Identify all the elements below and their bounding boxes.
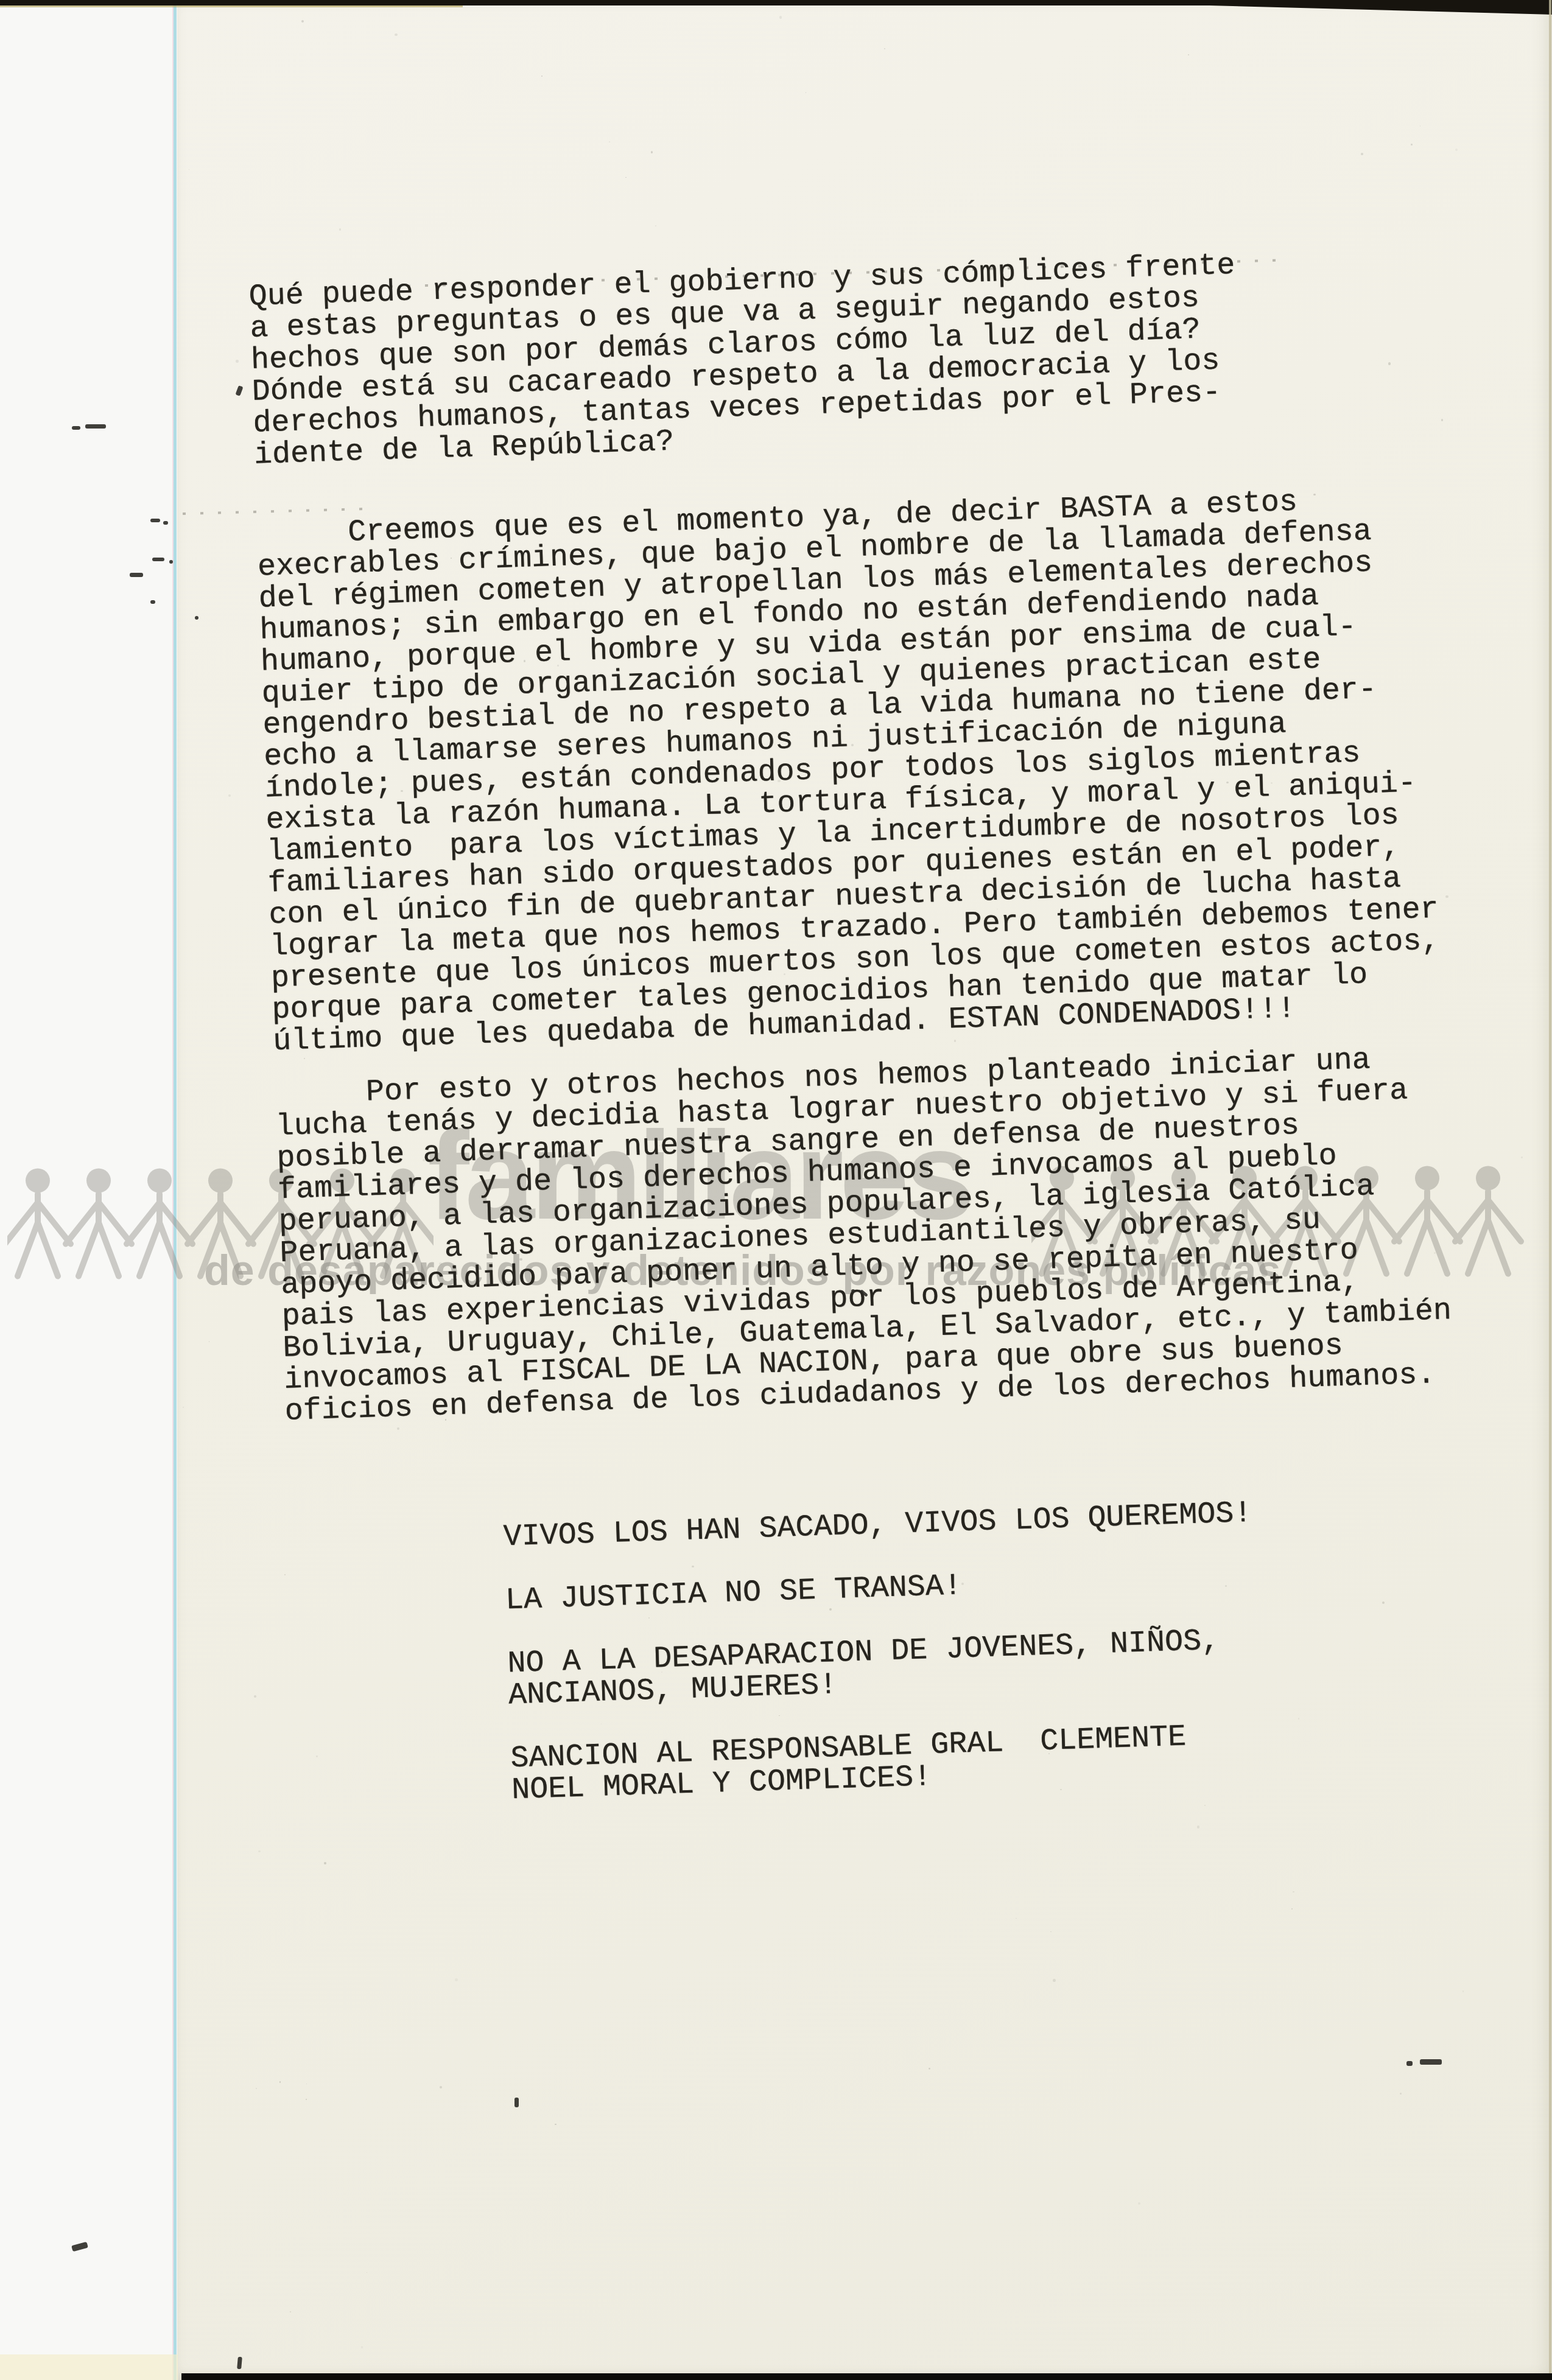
typewritten-text-block: Qué puede responder el gobierno y sus có… — [248, 242, 1525, 2107]
paragraph-condemnation: Creemos que es el momento ya, de decir B… — [256, 483, 1442, 1059]
slogans-block: VIVOS LOS HAN SACADO, VIVOS LOS QUEREMOS… — [503, 1498, 1261, 1807]
ink-speck — [130, 573, 143, 577]
ink-speck — [163, 521, 168, 525]
ink-speck — [169, 560, 173, 564]
ink-speck — [152, 558, 164, 561]
paragraph-call-to-action: Por esto y otros hechos nos hemos plante… — [274, 1042, 1454, 1428]
ink-speck — [1420, 2059, 1442, 2065]
scanned-page: familiares de desaparecidos y detenidos … — [0, 0, 1552, 2380]
ink-speck — [514, 2098, 519, 2107]
ink-speck — [150, 600, 155, 604]
ink-speck — [195, 616, 198, 620]
ink-speck — [851, 1289, 855, 1293]
paragraph-government-questions: Qué puede responder el gobierno y sus có… — [248, 250, 1240, 472]
ink-speck — [1406, 2061, 1413, 2066]
ink-speck — [85, 424, 106, 429]
ink-speck — [72, 426, 80, 430]
ink-speck — [150, 519, 160, 522]
